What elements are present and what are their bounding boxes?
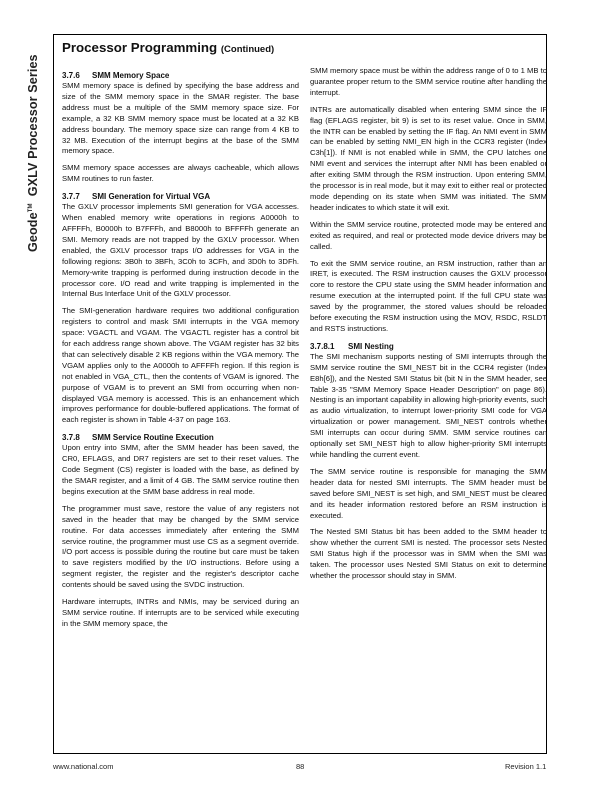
trademark-mark: TM — [28, 203, 34, 212]
paragraph: The Nested SMI Status bit has been added… — [310, 527, 547, 582]
footer-page-number: 88 — [296, 762, 304, 771]
continued-label: (Continued) — [221, 44, 274, 55]
series-side-label: GeodeTM GXLV Processor Series — [26, 22, 40, 252]
section-heading-3-7-8: 3.7.8SMM Service Routine Execution — [62, 432, 299, 443]
paragraph: To exit the SMM service routine, an RSM … — [310, 259, 547, 335]
section-title: SMM Service Routine Execution — [92, 433, 214, 442]
section-number: 3.7.7 — [62, 191, 92, 202]
paragraph: SMM memory space must be within the addr… — [310, 66, 547, 99]
paragraph: INTRs are automatically disabled when en… — [310, 105, 547, 214]
page-title: Processor Programming (Continued) — [62, 40, 274, 55]
paragraph: SMM memory space accesses are always cac… — [62, 163, 299, 185]
footer-website: www.national.com — [53, 762, 113, 771]
footer-revision: Revision 1.1 — [505, 762, 546, 771]
section-number: 3.7.8 — [62, 432, 92, 443]
section-heading-3-7-8-1: 3.7.8.1SMI Nesting — [310, 341, 547, 352]
paragraph: SMM memory space is defined by specifyin… — [62, 81, 299, 157]
section-number: 3.7.8.1 — [310, 341, 348, 352]
section-title: SMM Memory Space — [92, 71, 169, 80]
paragraph: The SMI mechanism supports nesting of SM… — [310, 352, 547, 461]
paragraph: The GXLV processor implements SMI genera… — [62, 202, 299, 300]
section-title: SMI Nesting — [348, 342, 394, 351]
page-title-text: Processor Programming — [62, 40, 217, 55]
section-title: SMI Generation for Virtual VGA — [92, 192, 210, 201]
section-heading-3-7-7: 3.7.7SMI Generation for Virtual VGA — [62, 191, 299, 202]
section-heading-3-7-6: 3.7.6SMM Memory Space — [62, 70, 299, 81]
paragraph: The programmer must save, restore the va… — [62, 504, 299, 591]
paragraph: Within the SMM service routine, protecte… — [310, 220, 547, 253]
paragraph: The SMI-generation hardware requires two… — [62, 306, 299, 426]
right-column: SMM memory space must be within the addr… — [310, 66, 547, 588]
paragraph: Hardware interrupts, INTRs and NMIs, may… — [62, 597, 299, 630]
paragraph: The SMM service routine is responsible f… — [310, 467, 547, 522]
left-column: 3.7.6SMM Memory Space SMM memory space i… — [62, 70, 299, 636]
brand-name: Geode — [26, 212, 40, 252]
section-number: 3.7.6 — [62, 70, 92, 81]
series-name: GXLV Processor Series — [26, 54, 40, 196]
paragraph: Upon entry into SMM, after the SMM heade… — [62, 443, 299, 498]
